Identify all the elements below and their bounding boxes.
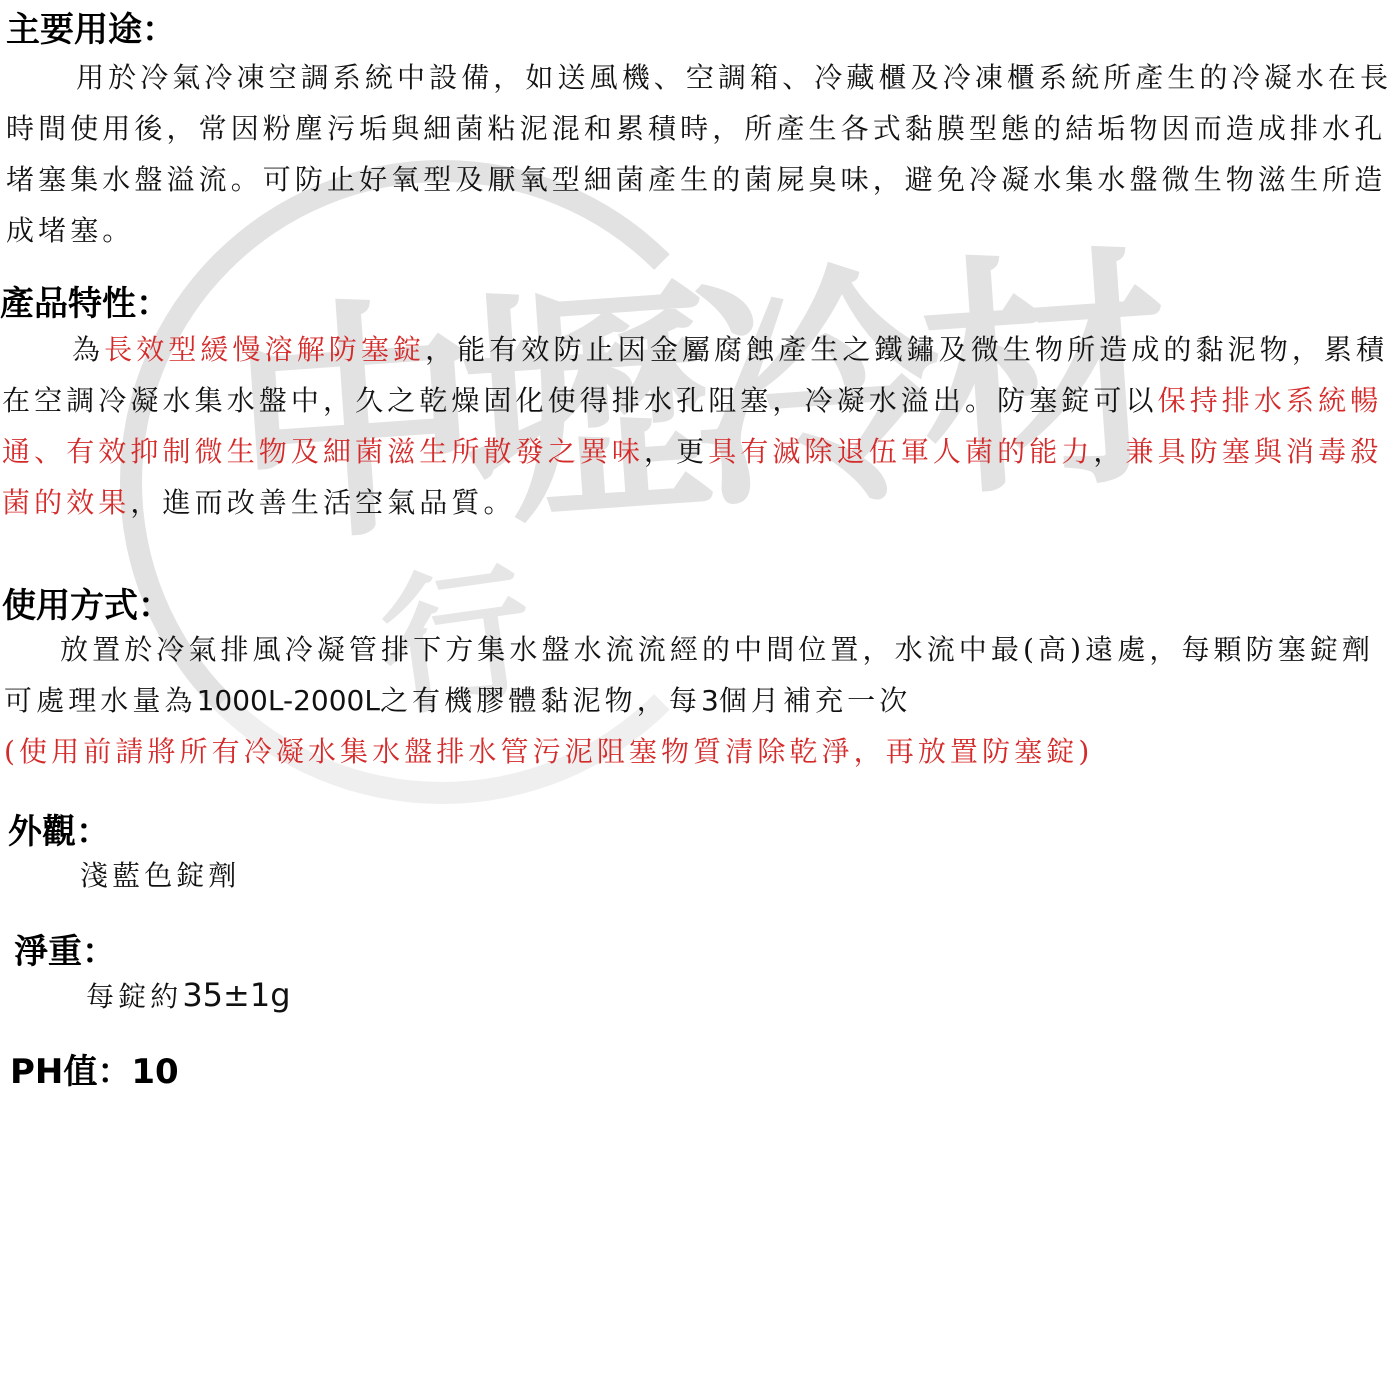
features-heading: 產品特性： xyxy=(0,276,170,325)
features-body: 為長效型緩慢溶解防塞錠，能有效防止因金屬腐蝕產生之鐵鏽及微生物所造成的黏泥物，累… xyxy=(2,324,1392,528)
ph-value: PH值：10 xyxy=(10,1044,179,1093)
net-weight-value: 每錠約35±1g xyxy=(86,970,686,1022)
usage-warning: (使用前請將所有冷凝水集水盤排水管污泥阻塞物質清除乾淨，再放置防塞錠) xyxy=(4,735,1093,768)
method-body: 放置於冷氣排風冷凝管排下方集水盤水流流經的中間位置，水流中最(高)遠處，每顆防塞… xyxy=(4,624,1394,777)
highlight-long-acting: 長效型緩慢溶解防塞錠 xyxy=(104,333,425,366)
interval-value: 3 xyxy=(701,684,719,717)
method-heading: 使用方式： xyxy=(2,578,172,627)
net-weight-heading: 淨重： xyxy=(14,924,116,973)
appearance-value: 淺藍色錠劑 xyxy=(80,850,680,901)
appearance-heading: 外觀： xyxy=(8,804,110,853)
usage-heading: 主要用途： xyxy=(6,2,176,51)
usage-body: 用於冷氣冷凍空調系統中設備，如送風機、空調箱、冷藏櫃及冷凍櫃系統所產生的冷凝水在… xyxy=(6,52,1396,256)
highlight-legionella: 具有滅除退伍軍人菌的能力 xyxy=(708,435,1093,468)
volume-value: 1000L-2000L xyxy=(197,684,380,717)
